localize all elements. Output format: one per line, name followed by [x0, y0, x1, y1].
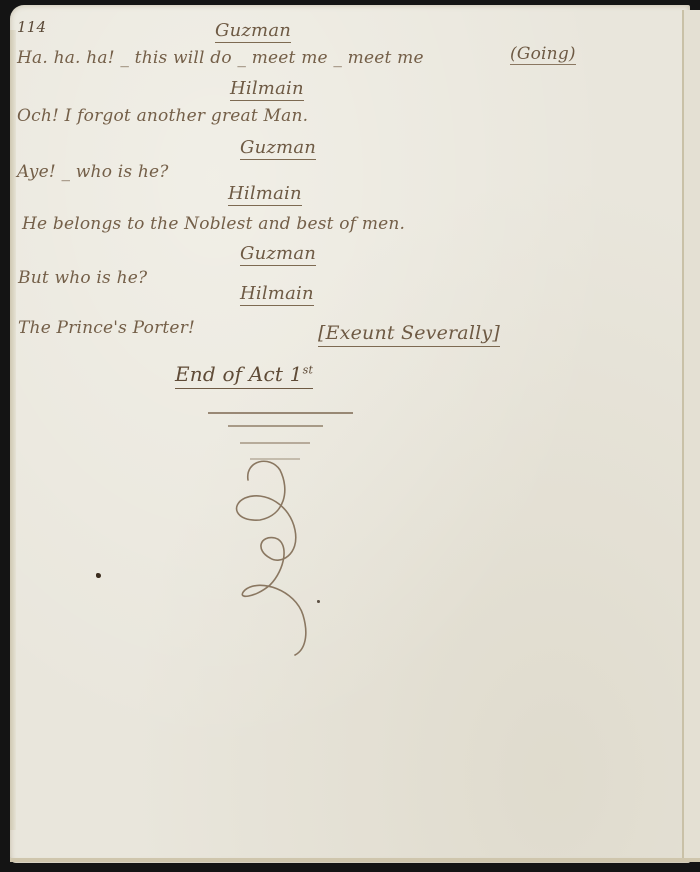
end-of-act-text: End of Act 1: [175, 362, 303, 386]
speaker-name: Hilmain: [228, 183, 302, 206]
ink-blot: [317, 600, 320, 603]
speaker-name: Guzman: [215, 20, 291, 43]
stage-direction-going: (Going): [510, 44, 576, 65]
spiral-flourish-icon: [225, 450, 335, 660]
dialogue-line: He belongs to the Noblest and best of me…: [22, 214, 405, 234]
decorative-rule: [228, 425, 323, 427]
page-number: 114: [17, 18, 46, 36]
adjacent-page-edge: [684, 10, 700, 862]
decorative-rule: [240, 442, 310, 444]
dialogue-line: But who is he?: [18, 268, 147, 288]
page-edge-left: [10, 30, 16, 830]
end-of-act-superscript: st: [303, 363, 313, 376]
speaker-name: Hilmain: [230, 78, 304, 101]
end-of-act-heading: End of Act 1st: [175, 362, 313, 389]
speaker-name: Guzman: [240, 243, 316, 266]
dialogue-line: Ha. ha. ha! _ this will do _ meet me _ m…: [17, 48, 424, 68]
page-edge-bottom: [10, 858, 700, 862]
dialogue-line: Och! I forgot another great Man.: [17, 106, 308, 126]
speaker-name: Hilmain: [240, 283, 314, 306]
dialogue-line: Aye! _ who is he?: [17, 162, 169, 182]
decorative-rule: [208, 412, 353, 414]
ink-blot: [96, 573, 101, 578]
dialogue-line: The Prince's Porter!: [18, 318, 195, 338]
speaker-name: Guzman: [240, 137, 316, 160]
manuscript-page: [10, 5, 690, 863]
stage-direction-exeunt: [Exeunt Severally]: [318, 322, 500, 347]
